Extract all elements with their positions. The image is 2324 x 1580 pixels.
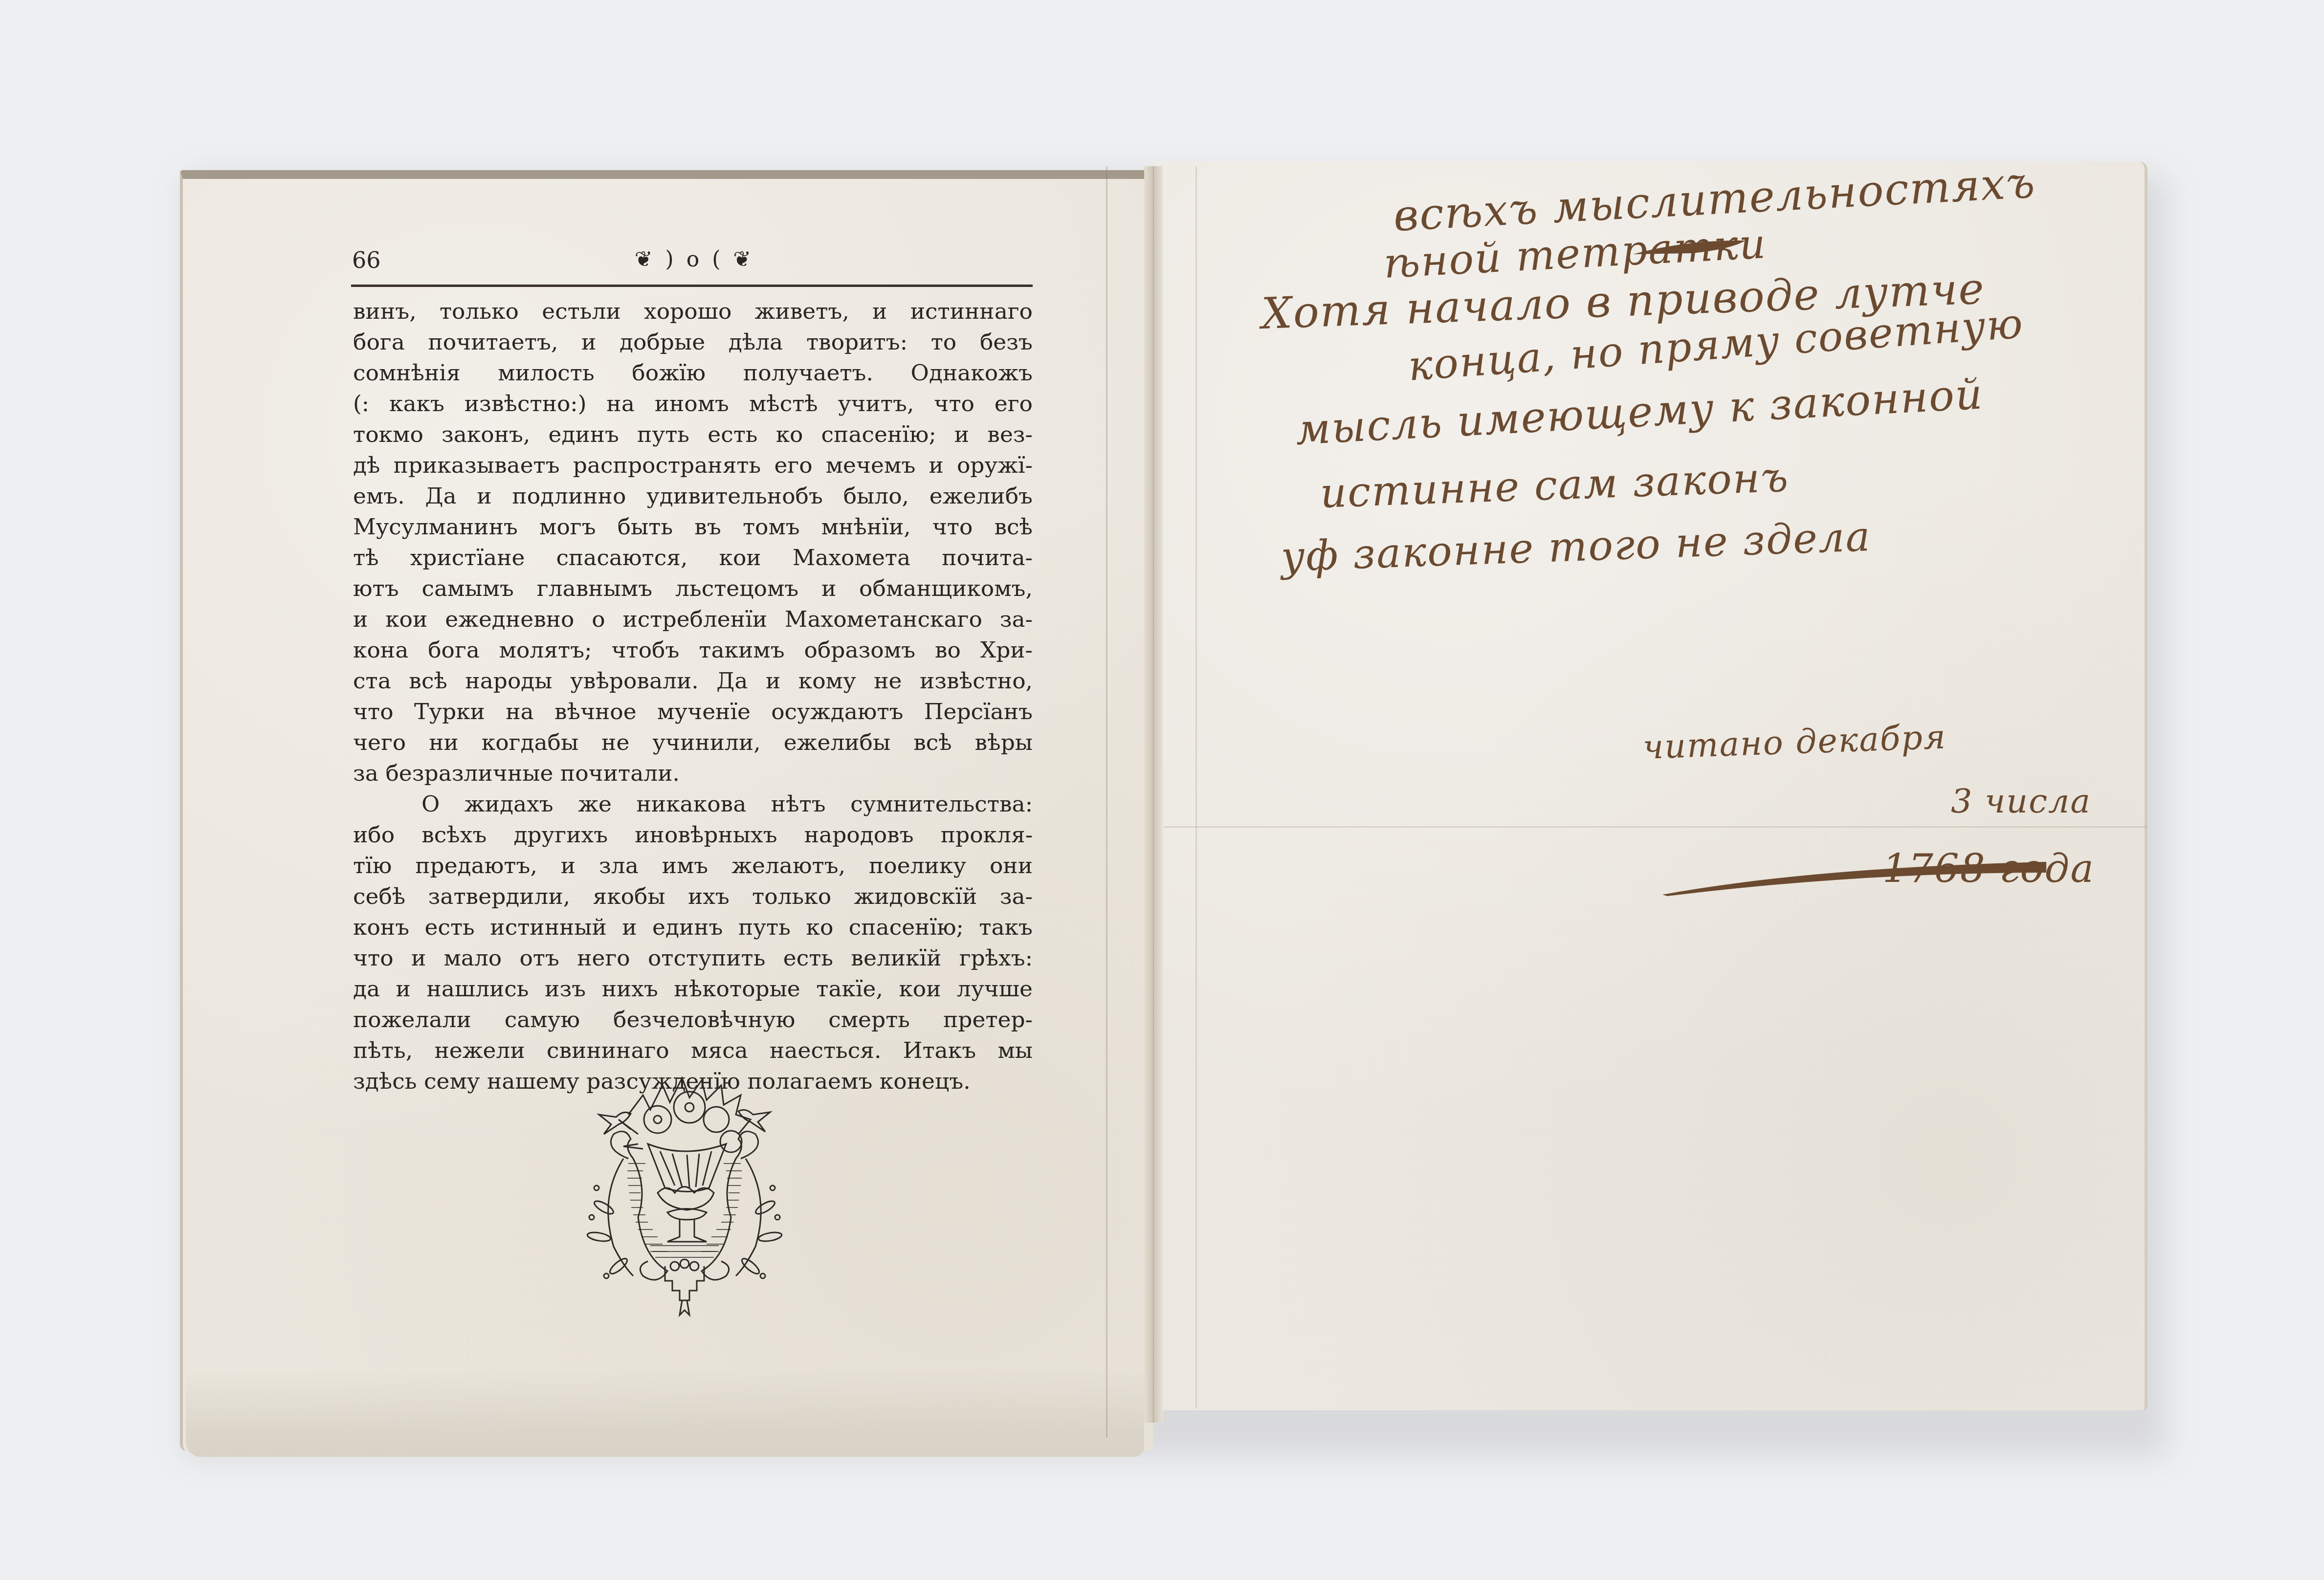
running-head: 66 ❦ ) o ( ❦	[352, 247, 1032, 281]
text-line: ибо всѣхъ другихъ иновѣрныхъ народовъ пр…	[353, 819, 1033, 850]
text-line: что и мало отъ него отступить есть велик…	[353, 943, 1033, 973]
text-line: бога почитаетъ, и добрые дѣла творитъ: т…	[353, 327, 1033, 357]
text-line: емъ. Да и подлинно удивительнобъ было, е…	[353, 481, 1033, 511]
text-line: тїю предаютъ, и зла имъ желаютъ, поелику…	[353, 850, 1033, 881]
text-line: что Турки на вѣчное мученїе осуждаютъ Пе…	[353, 696, 1033, 727]
text-line: дѣ приказываетъ распространять его мечем…	[353, 450, 1033, 481]
text-line: (: какъ извѣстно:) на иномъ мѣстѣ учитъ,…	[353, 388, 1033, 419]
text-line: тѣ христїане спасаются, кои Махомета поч…	[353, 542, 1033, 573]
page-number: 66	[352, 247, 381, 273]
ink-underline-flourish-icon	[1662, 858, 2049, 897]
ornament-icon: ❦ ) o ( ❦	[592, 247, 797, 272]
text-line: ютъ самымъ главнымъ льстецомъ и обманщик…	[353, 573, 1033, 604]
book-gutter	[1144, 166, 1163, 1423]
text-line: за безразличные почитали.	[353, 758, 1033, 789]
ink-flourish-icon	[1633, 235, 1750, 264]
fold-line	[1195, 166, 1197, 1408]
text-line: себѣ затвердили, якобы ихъ только жидовс…	[353, 881, 1033, 912]
head-rule	[351, 285, 1033, 287]
left-page-worn-edge	[186, 1369, 1144, 1457]
text-line: О жидахъ же никакова нѣтъ сумнительства:	[353, 789, 1033, 819]
flower-bouquet-icon	[619, 1078, 751, 1152]
text-line: сомнѣнія милость божїю получаетъ. Однако…	[353, 357, 1033, 388]
printed-text-block: винъ, только естьли хорошо живетъ, и ист…	[353, 296, 1033, 1097]
text-line: пожелали самую безчеловѣчную смерть прет…	[353, 1004, 1033, 1035]
text-line: кона бога молятъ; чтобъ такимъ образомъ …	[353, 635, 1033, 665]
manuscript-date-line: 3 числа	[1951, 782, 2091, 821]
fold-line	[1106, 166, 1107, 1437]
text-line: да и нашлись изъ нихъ нѣкоторые такїе, к…	[353, 973, 1033, 1004]
vignette-ornament-icon	[570, 1061, 799, 1325]
text-line: ста всѣ народы увѣровали. Да и кому не и…	[353, 665, 1033, 696]
paper-crease	[1164, 826, 2147, 828]
text-line: конъ есть истинный и единъ путь ко спасе…	[353, 912, 1033, 943]
text-line: и кои ежедневно о истребленїи Махометанс…	[353, 604, 1033, 635]
text-line: токмо законъ, единъ путь есть ко спасенї…	[353, 419, 1033, 450]
text-line: чего ни когдабы не учинили, ежелибы всѣ …	[353, 727, 1033, 758]
text-line: Мусулманинъ могъ быть въ томъ мнѣнїи, чт…	[353, 511, 1033, 542]
text-line: винъ, только естьли хорошо живетъ, и ист…	[353, 296, 1033, 327]
